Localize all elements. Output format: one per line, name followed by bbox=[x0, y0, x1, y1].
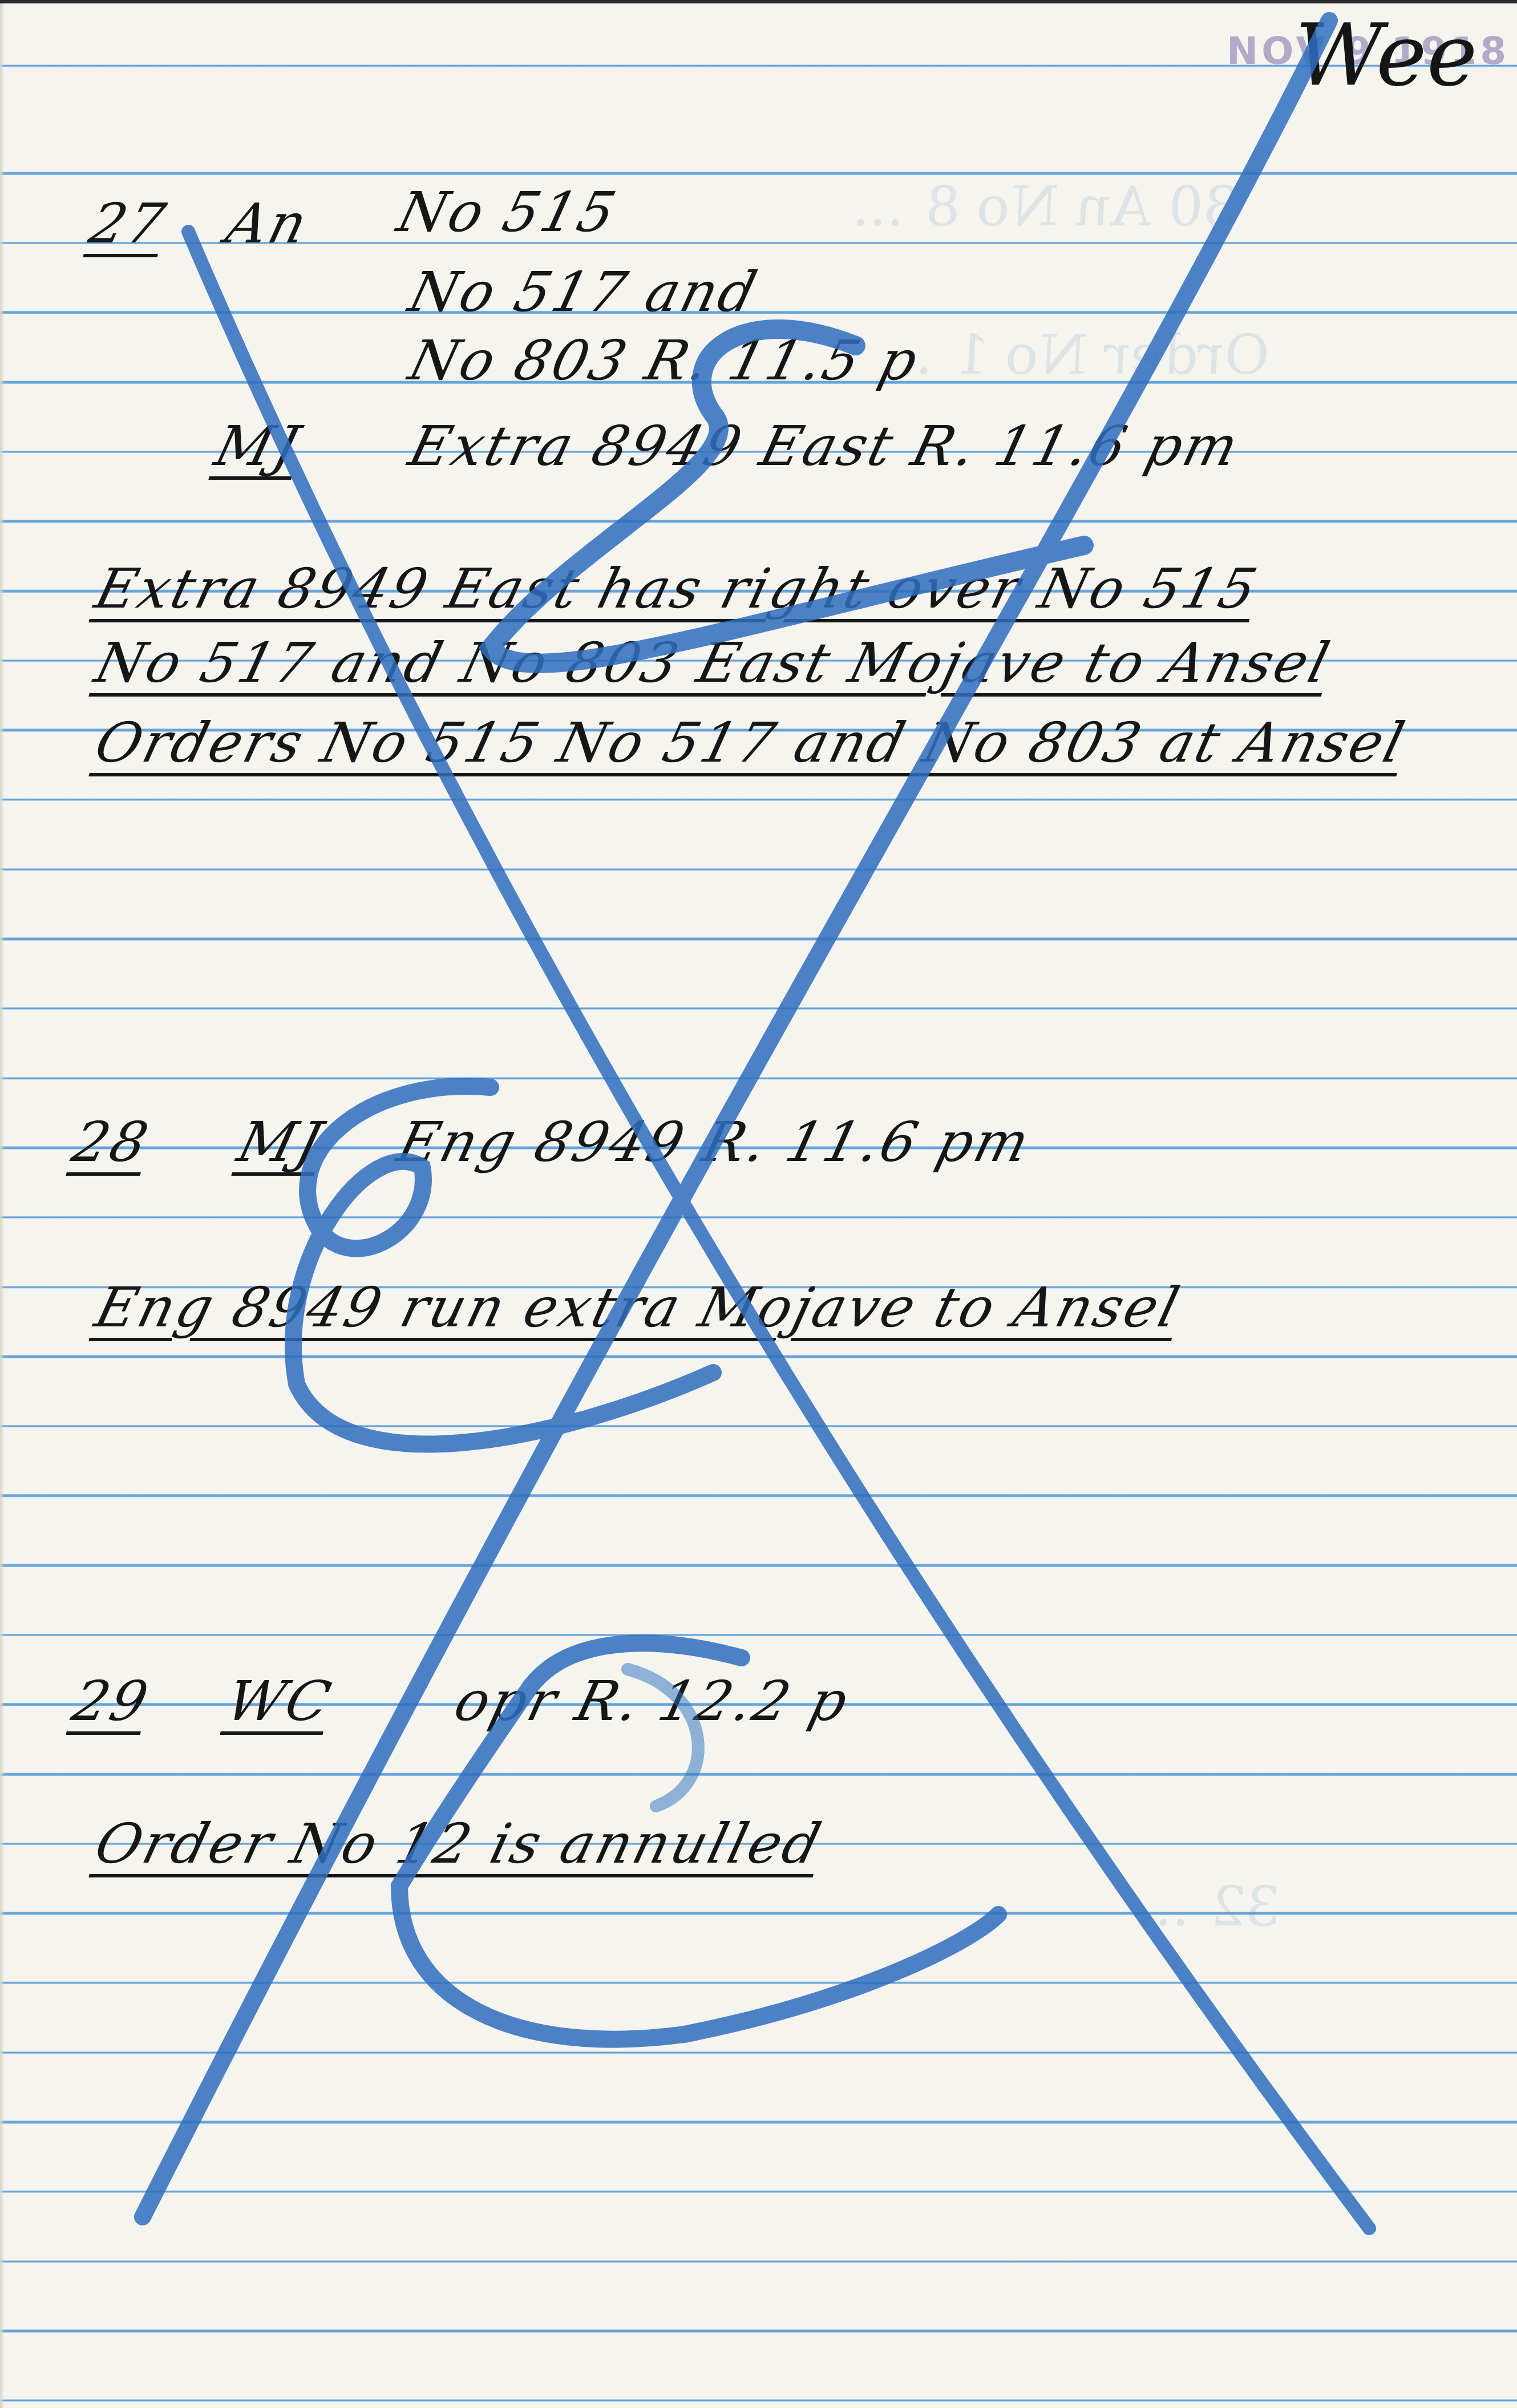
entry-number: 28 bbox=[66, 1110, 156, 1174]
station-label: An bbox=[220, 192, 315, 256]
train-line: No 515 bbox=[391, 180, 624, 244]
train-line: opr R. 12.2 p bbox=[448, 1669, 856, 1733]
bleed-through-text: Order No 1 ... bbox=[876, 323, 1277, 387]
bleed-through-text: 30 An No 8 ... bbox=[848, 175, 1246, 238]
station-label: WC bbox=[220, 1669, 339, 1733]
operator-initials: Wee bbox=[1295, 6, 1477, 106]
order-body-line: No 517 and No 803 East Mojave to Ansel bbox=[89, 631, 1337, 695]
order-body-line: Extra 8949 East has right over No 515 bbox=[89, 557, 1265, 621]
train-line: No 803 R. 11.5 p bbox=[403, 329, 926, 392]
station-label: MJ bbox=[232, 1110, 330, 1174]
train-line: Extra 8949 East R. 11.6 pm bbox=[403, 414, 1247, 478]
train-line: Eng 8949 R. 11.6 pm bbox=[391, 1110, 1038, 1174]
order-body-line: Order No 12 is annulled bbox=[89, 1812, 829, 1876]
order-body-line: Eng 8949 run extra Mojave to Ansel bbox=[89, 1276, 1187, 1339]
station-label: MJ bbox=[209, 414, 308, 478]
order-body-line: Orders No 515 No 517 and No 803 at Ansel bbox=[89, 711, 1413, 775]
train-line: No 517 and bbox=[403, 260, 765, 324]
entry-number: 29 bbox=[66, 1669, 156, 1733]
entry-number: 27 bbox=[83, 192, 173, 256]
bleed-through-text: 32 ... bbox=[1133, 1875, 1288, 1938]
notebook-page: 30 An No 8 ... Order No 1 ... 32 ... NOV… bbox=[0, 0, 1517, 2408]
